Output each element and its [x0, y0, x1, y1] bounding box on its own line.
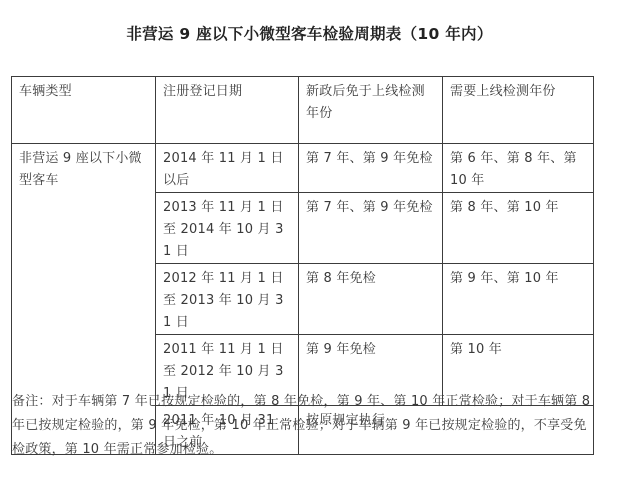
header-registration-date: 注册登记日期	[156, 77, 299, 144]
required-years-cell: 第 9 年、第 10 年	[443, 264, 594, 335]
header-exempt-years: 新政后免于上线检测年份	[299, 77, 443, 144]
exempt-years-cell: 第 7 年、第 9 年免检	[299, 144, 443, 193]
exempt-years-cell: 第 7 年、第 9 年免检	[299, 193, 443, 264]
required-years-cell: 第 8 年、第 10 年	[443, 193, 594, 264]
document-title: 非营运 9 座以下小微型客车检验周期表（10 年内）	[0, 22, 619, 44]
table-row: 非营运 9 座以下小微型客车 2014 年 11 月 1 日以后 第 7 年、第…	[12, 144, 594, 193]
footnote: 备注：对于车辆第 7 年已按规定检验的，第 8 年免检，第 9 年、第 10 年…	[12, 390, 597, 462]
required-years-cell: 第 6 年、第 8 年、第 10 年	[443, 144, 594, 193]
table-header-row: 车辆类型 注册登记日期 新政后免于上线检测年份 需要上线检测年份	[12, 77, 594, 144]
registration-date-cell: 2013 年 11 月 1 日至 2014 年 10 月 31 日	[156, 193, 299, 264]
exempt-years-cell: 第 8 年免检	[299, 264, 443, 335]
registration-date-cell: 2014 年 11 月 1 日以后	[156, 144, 299, 193]
registration-date-cell: 2012 年 11 月 1 日至 2013 年 10 月 31 日	[156, 264, 299, 335]
header-vehicle-type: 车辆类型	[12, 77, 156, 144]
header-required-years: 需要上线检测年份	[443, 77, 594, 144]
